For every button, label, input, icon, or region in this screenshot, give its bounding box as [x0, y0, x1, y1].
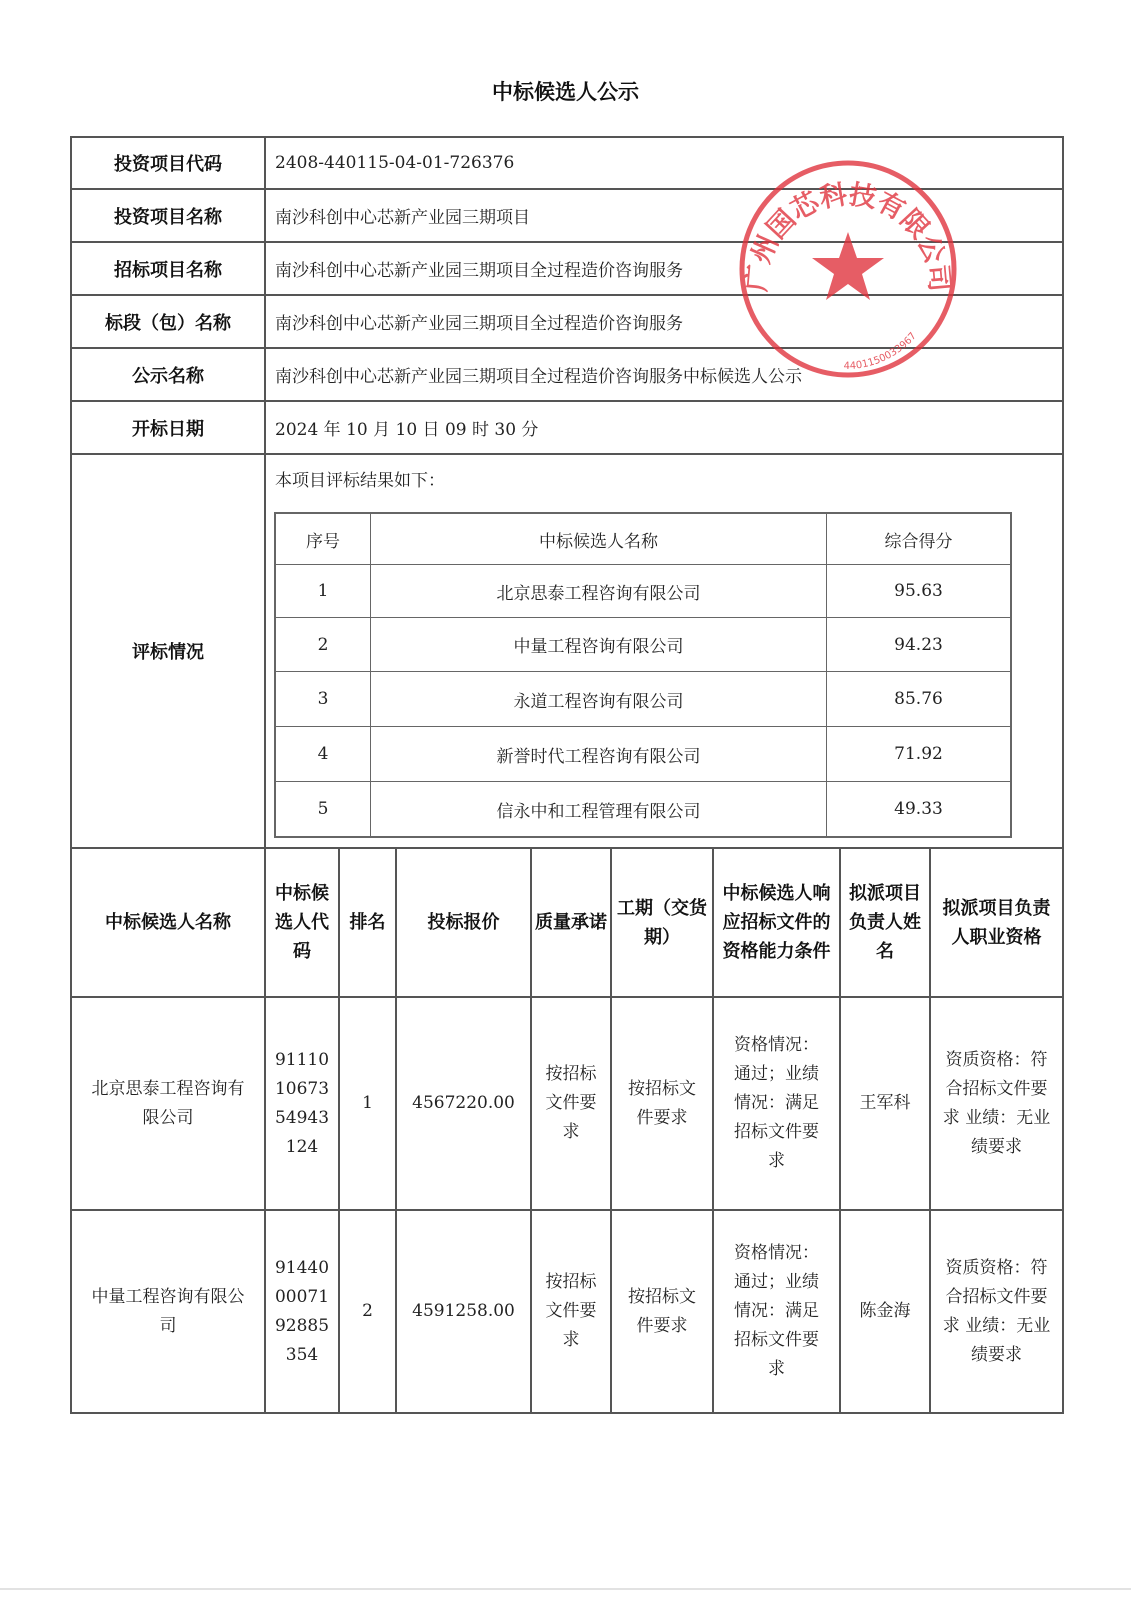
- value-opening-date: 2024 年 10 月 10 日 09 时 30 分: [266, 402, 1062, 453]
- candidate-manager-qualification: 资质资格：符合招标文件要求 业绩：无业绩要求: [931, 1211, 1062, 1412]
- label-project-code: 投资项目代码: [72, 138, 264, 188]
- code-line: 54943: [275, 1104, 329, 1133]
- score-table-border: [1010, 512, 1012, 838]
- code-line: 00071: [275, 1283, 329, 1312]
- candidate-bid-price: 4591258.00: [397, 1211, 530, 1412]
- candidate-rank: 1: [340, 998, 395, 1209]
- score-row-no: 1: [276, 565, 370, 617]
- candidate-bid-price: 4567220.00: [397, 998, 530, 1209]
- score-row-score: 49.33: [827, 782, 1010, 836]
- header-candidate-name: 中标候选人名称: [72, 849, 264, 996]
- header-manager-name: 拟派项目负责人姓名: [841, 849, 929, 996]
- label-project-name: 投资项目名称: [72, 190, 264, 241]
- header-manager-qualification: 拟派项目负责人职业资格: [931, 849, 1062, 996]
- candidate-manager-qualification: 资质资格：符合招标文件要求 业绩：无业绩要求: [931, 998, 1062, 1209]
- score-row-score: 95.63: [827, 565, 1010, 617]
- table-border: [1062, 136, 1064, 1414]
- header-candidate-code: 中标候选人代码: [266, 849, 338, 996]
- code-line: 124: [286, 1133, 318, 1162]
- score-row-score: 94.23: [827, 618, 1010, 671]
- candidate-name: 北京思泰工程咨询有限公司: [72, 998, 264, 1209]
- value-section-name: 南沙科创中心芯新产业园三期项目全过程造价咨询服务: [266, 296, 1062, 347]
- code-line: 10673: [275, 1075, 329, 1104]
- score-row-name: 北京思泰工程咨询有限公司: [371, 565, 826, 617]
- value-tender-project-name: 南沙科创中心芯新产业园三期项目全过程造价咨询服务: [266, 243, 1062, 294]
- code-line: 92885: [275, 1312, 329, 1341]
- candidate-duration: 按招标文件要求: [612, 1211, 712, 1412]
- evaluation-intro: 本项目评标结果如下：: [266, 466, 866, 496]
- candidate-code: 91440 00071 92885 354: [266, 1211, 338, 1412]
- score-row-name: 信永中和工程管理有限公司: [371, 782, 826, 836]
- candidate-quality: 按招标文件要求: [532, 1211, 610, 1412]
- score-row-no: 2: [276, 618, 370, 671]
- header-duration: 工期（交货期）: [612, 849, 712, 996]
- score-header-name: 中标候选人名称: [371, 514, 826, 564]
- candidate-manager: 王军科: [841, 998, 929, 1209]
- label-tender-project-name: 招标项目名称: [72, 243, 264, 294]
- score-row-no: 5: [276, 782, 370, 836]
- score-row-no: 3: [276, 672, 370, 726]
- label-section-name: 标段（包）名称: [72, 296, 264, 347]
- value-project-code: 2408-440115-04-01-726376: [266, 138, 1062, 188]
- label-opening-date: 开标日期: [72, 402, 264, 453]
- candidate-qualification: 资格情况：通过；业绩情况：满足招标文件要求: [714, 1211, 839, 1412]
- candidate-duration: 按招标文件要求: [612, 998, 712, 1209]
- label-announcement-name: 公示名称: [72, 349, 264, 400]
- candidate-qualification: 资格情况：通过；业绩情况：满足招标文件要求: [714, 998, 839, 1209]
- code-line: 91440: [275, 1254, 329, 1283]
- header-bid-price: 投标报价: [397, 849, 530, 996]
- header-rank: 排名: [340, 849, 395, 996]
- score-row-name: 新誉时代工程咨询有限公司: [371, 727, 826, 781]
- value-project-name: 南沙科创中心芯新产业园三期项目: [266, 190, 1062, 241]
- candidate-rank: 2: [340, 1211, 395, 1412]
- code-line: 91110: [275, 1046, 329, 1075]
- score-header-score: 综合得分: [827, 514, 1010, 564]
- document-title: 中标候选人公示: [0, 76, 1131, 106]
- table-border: [70, 1412, 1064, 1414]
- score-row-name: 中量工程咨询有限公司: [371, 618, 826, 671]
- score-row-score: 71.92: [827, 727, 1010, 781]
- score-row-score: 85.76: [827, 672, 1010, 726]
- candidate-name: 中量工程咨询有限公司: [72, 1211, 264, 1412]
- header-quality: 质量承诺: [532, 849, 610, 996]
- score-row-no: 4: [276, 727, 370, 781]
- score-row-name: 永道工程咨询有限公司: [371, 672, 826, 726]
- candidate-code: 91110 10673 54943 124: [266, 998, 338, 1209]
- score-header-no: 序号: [276, 514, 370, 564]
- candidate-manager: 陈金海: [841, 1211, 929, 1412]
- candidate-quality: 按招标文件要求: [532, 998, 610, 1209]
- code-line: 354: [286, 1341, 318, 1370]
- label-evaluation: 评标情况: [72, 455, 264, 847]
- value-announcement-name: 南沙科创中心芯新产业园三期项目全过程造价咨询服务中标候选人公示: [266, 349, 1062, 400]
- scan-edge-divider: [0, 1588, 1131, 1590]
- score-table-border: [274, 836, 1012, 838]
- header-qualification: 中标候选人响应招标文件的资格能力条件: [714, 849, 839, 996]
